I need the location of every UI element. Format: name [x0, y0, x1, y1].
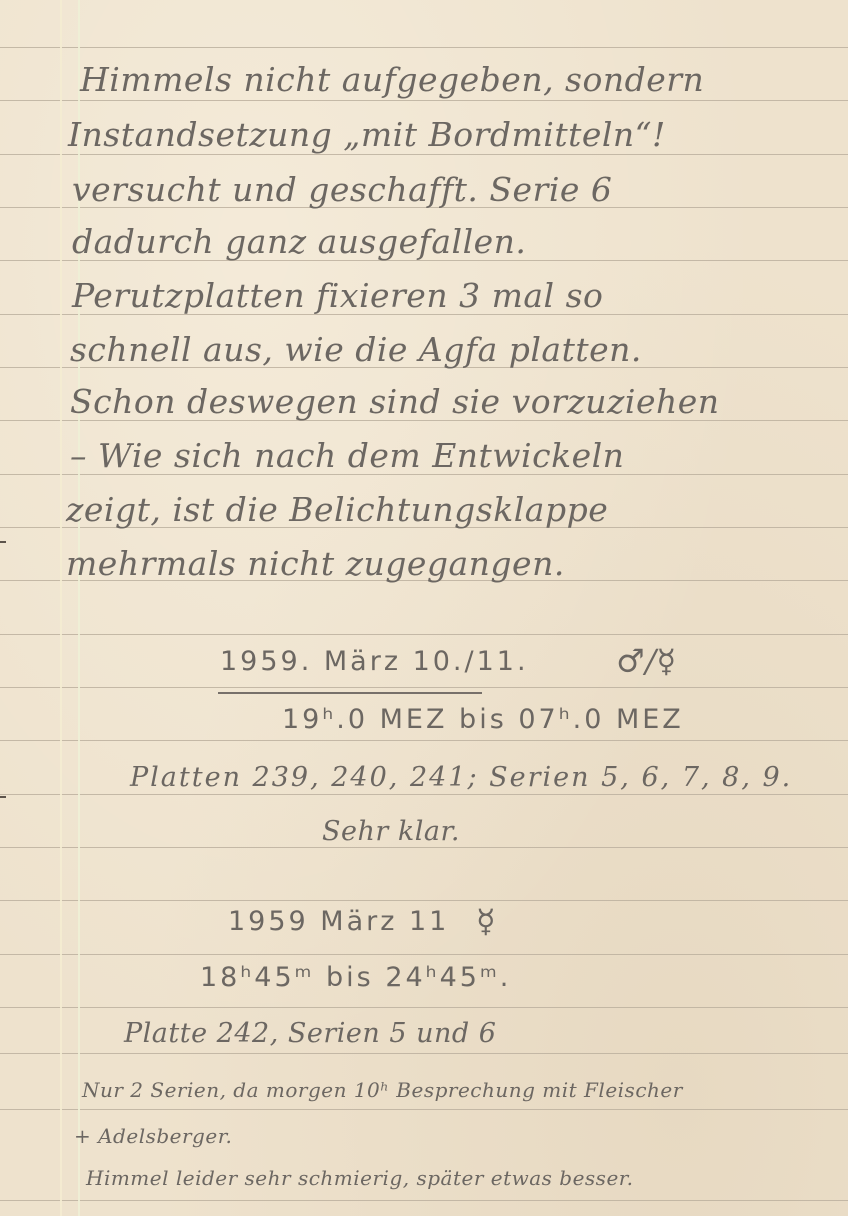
- entry2-plates-series: Platte 242, Serien 5 und 6: [124, 1018, 496, 1049]
- ruled-line: [0, 740, 848, 741]
- text-line: Himmels nicht aufgegeben, sondern: [80, 60, 704, 99]
- ruled-line: [0, 954, 848, 955]
- entry1-weekday-symbols: ♂/☿: [616, 642, 677, 680]
- edge-mark: [0, 796, 6, 798]
- entry2-date: 1959 März 11: [228, 906, 449, 937]
- entry1-plates-series: Platten 239, 240, 241; Serien 5, 6, 7, 8…: [130, 762, 792, 793]
- date-underline: [218, 692, 482, 694]
- entry2-time-range: 18ʰ45ᵐ bis 24ʰ45ᵐ.: [200, 962, 511, 993]
- ruled-line: [0, 794, 848, 795]
- text-line: versucht und geschafft. Serie 6: [72, 170, 612, 209]
- text-line: dadurch ganz ausgefallen.: [72, 222, 526, 261]
- text-line: Perutzplatten fixieren 3 mal so: [72, 276, 603, 315]
- notebook-page: Himmels nicht aufgegeben, sondern Instan…: [0, 0, 848, 1216]
- text-line: zeigt, ist die Belichtungsklappe: [66, 490, 608, 529]
- ruled-line: [0, 1053, 848, 1054]
- ruled-line: [0, 47, 848, 48]
- entry2-note: + Adelsberger.: [74, 1124, 232, 1148]
- text-line: mehrmals nicht zugegangen.: [66, 544, 565, 583]
- entry1-date: 1959. März 10./11.: [220, 646, 529, 677]
- ruled-line: [0, 634, 848, 635]
- entry1-conditions: Sehr klar.: [322, 816, 460, 847]
- ruled-line: [0, 687, 848, 688]
- text-line: Instandsetzung „mit Bordmitteln“!: [68, 115, 666, 154]
- ruled-line: [0, 154, 848, 155]
- entry1-time-range: 19ʰ.0 MEZ bis 07ʰ.0 MEZ: [282, 704, 684, 735]
- text-line: – Wie sich nach dem Entwickeln: [70, 436, 624, 475]
- text-line: schnell aus, wie die Agfa platten.: [70, 330, 642, 369]
- ruled-line: [0, 847, 848, 848]
- edge-mark: [0, 541, 6, 543]
- ruled-line: [0, 100, 848, 101]
- ruled-line: [0, 1109, 848, 1110]
- margin-line: [60, 0, 62, 1216]
- entry2-note: Himmel leider sehr schmierig, später etw…: [86, 1166, 634, 1190]
- entry2-weekday-symbol: ☿: [476, 902, 496, 940]
- text-line: Schon deswegen sind sie vorzuziehen: [70, 382, 720, 421]
- ruled-line: [0, 900, 848, 901]
- entry2-note: Nur 2 Serien, da morgen 10ʰ Besprechung …: [82, 1078, 683, 1102]
- ruled-line: [0, 1200, 848, 1201]
- ruled-line: [0, 1007, 848, 1008]
